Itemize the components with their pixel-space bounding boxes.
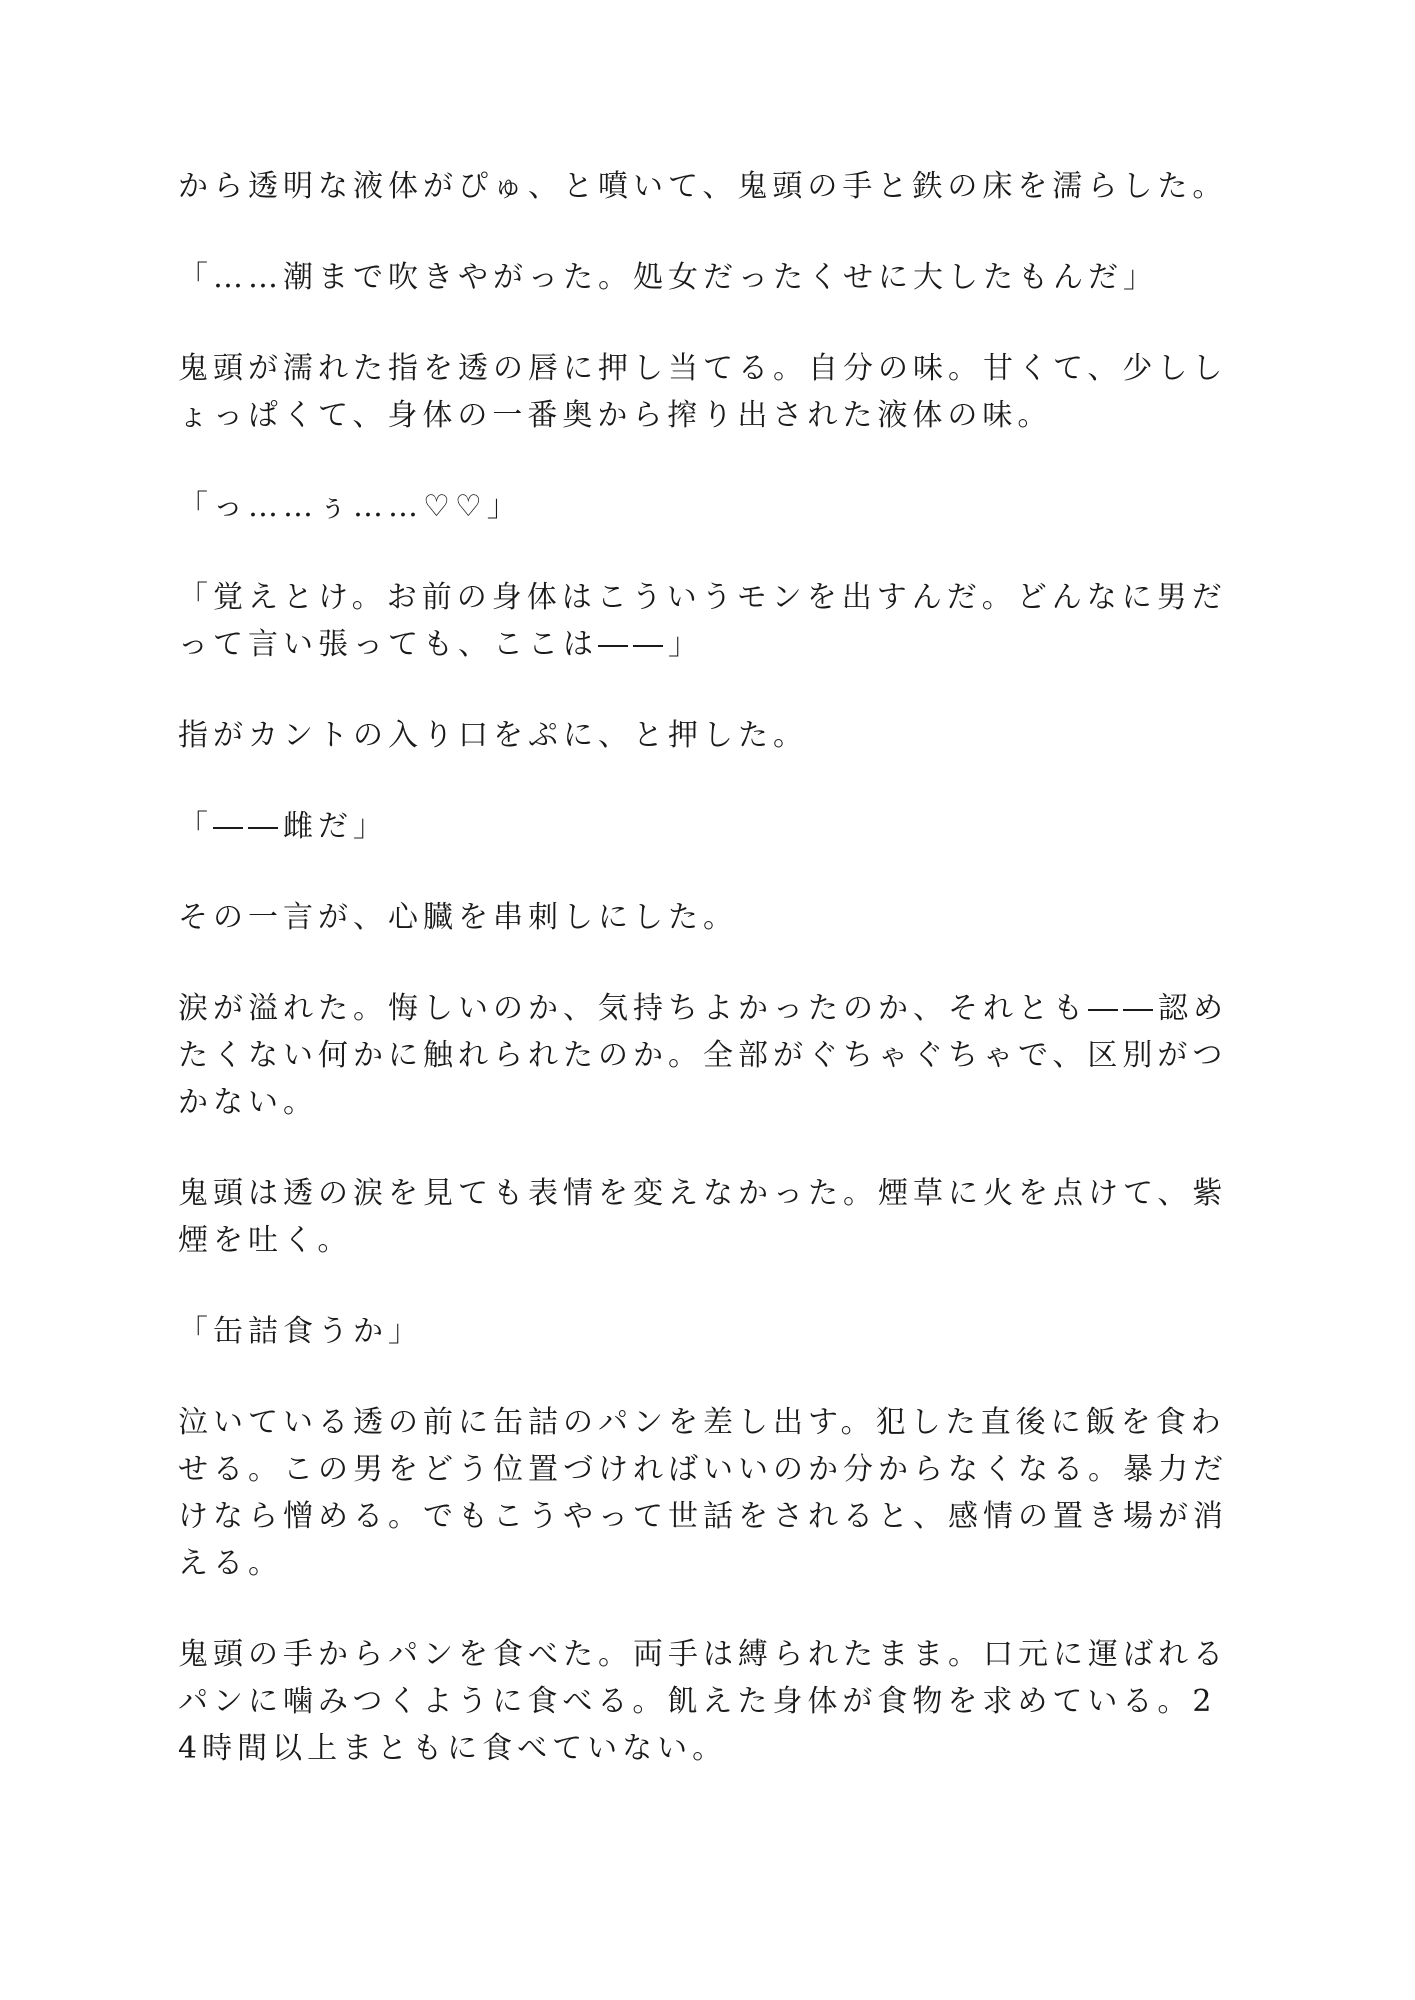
paragraph: 鬼頭が濡れた指を透の唇に押し当てる。自分の味。甘くて、少しし ょっぱくて、身体の… [178, 345, 1255, 439]
paragraph: 指がカントの入り口をぷに、と押した。 [178, 712, 1255, 759]
paragraph: 泣いている透の前に缶詰のパンを差し出す。犯した直後に飯を食わ せる。この男をどう… [178, 1399, 1255, 1587]
paragraph: 鬼頭の手からパンを食べた。両手は縛られたまま。口元に運ばれる パンに噛みつくよう… [178, 1631, 1255, 1772]
paragraph: から透明な液体がぴゅ、と噴いて、鬼頭の手と鉄の床を濡らした。 [178, 163, 1255, 210]
paragraph-dialogue: 「覚えとけ。お前の身体はこういうモンを出すんだ。どんなに男だ って言い張っても、… [178, 574, 1255, 668]
paragraph: 涙が溢れた。悔しいのか、気持ちよかったのか、それとも――認め たくない何かに触れ… [178, 985, 1255, 1126]
document-text: から透明な液体がぴゅ、と噴いて、鬼頭の手と鉄の床を濡らした。 「……潮まで吹きや… [0, 0, 1415, 1772]
paragraph: その一言が、心臓を串刺しにした。 [178, 894, 1255, 941]
document-page: から透明な液体がぴゅ、と噴いて、鬼頭の手と鉄の床を濡らした。 「……潮まで吹きや… [0, 0, 1415, 2000]
paragraph-dialogue: 「缶詰食うか」 [178, 1308, 1255, 1355]
paragraph-dialogue: 「……潮まで吹きやがった。処女だったくせに大したもんだ」 [178, 254, 1255, 301]
paragraph-dialogue: 「っ……ぅ……♡♡」 [178, 483, 1255, 530]
paragraph: 鬼頭は透の涙を見ても表情を変えなかった。煙草に火を点けて、紫 煙を吐く。 [178, 1170, 1255, 1264]
paragraph-dialogue: 「――雌だ」 [178, 803, 1255, 850]
